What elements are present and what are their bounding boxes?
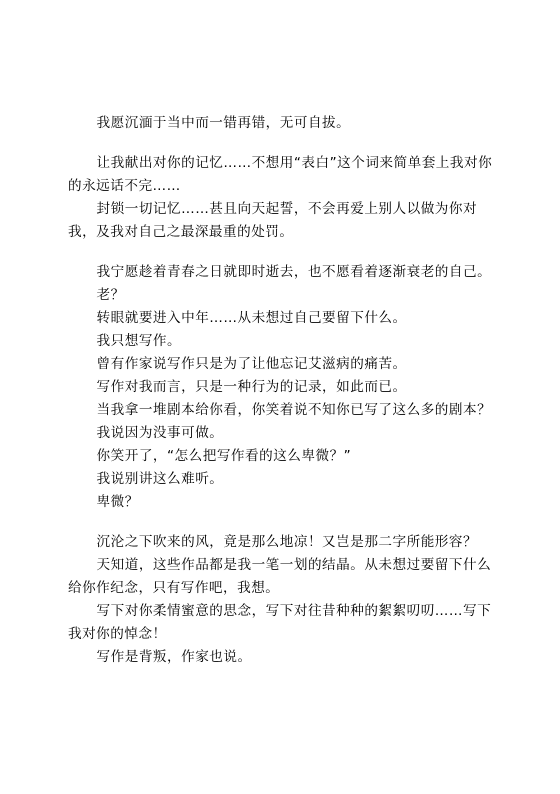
paragraph: 写下对你柔情蜜意的思念，写下对往昔种种的絮絮叨叨……写下我对你的悼念！ [68, 600, 496, 646]
document-page: 我愿沉湎于当中而一错再错，无可自拔。 让我献出对你的记忆……不想用“表白”这个词… [68, 112, 496, 669]
paragraph: 写作对我而言，只是一种行为的记录，如此而已。 [68, 376, 496, 399]
paragraph: 我只想写作。 [68, 330, 496, 353]
paragraph: 让我献出对你的记忆……不想用“表白”这个词来简单套上我对你的永远话不完…… [68, 152, 496, 198]
paragraph: 曾有作家说写作只是为了让他忘记艾滋病的痛苦。 [68, 353, 496, 376]
paragraph: 我说因为没事可做。 [68, 422, 496, 445]
paragraph: 我愿沉湎于当中而一错再错，无可自拔。 [68, 112, 496, 135]
paragraph: 转眼就要进入中年……从未想过自己要留下什么。 [68, 307, 496, 330]
section-2: 让我献出对你的记忆……不想用“表白”这个词来简单套上我对你的永远话不完…… 封锁… [68, 152, 496, 244]
section-1: 我愿沉湎于当中而一错再错，无可自拔。 [68, 112, 496, 135]
section-4: 沉沦之下吹来的风，竟是那么地凉！又岂是那二字所能形容？ 天知道，这些作品都是我一… [68, 531, 496, 669]
paragraph: 写作是背叛，作家也说。 [68, 646, 496, 669]
paragraph: 封锁一切记忆……甚且向天起誓，不会再爱上别人以做为你对我，及我对自己之最深最重的… [68, 198, 496, 244]
paragraph: 我说别讲这么难听。 [68, 468, 496, 491]
paragraph: 当我拿一堆剧本给你看，你笑着说不知你已写了这么多的剧本？ [68, 399, 496, 422]
paragraph: 你笑开了，“怎么把写作看的这么卑微？” [68, 445, 496, 468]
paragraph: 老？ [68, 284, 496, 307]
paragraph: 沉沦之下吹来的风，竟是那么地凉！又岂是那二字所能形容？ [68, 531, 496, 554]
paragraph: 天知道，这些作品都是我一笔一划的结晶。从未想过要留下什么给你作纪念，只有写作吧，… [68, 554, 496, 600]
paragraph: 卑微？ [68, 491, 496, 514]
section-3: 我宁愿趁着青春之日就即时逝去，也不愿看着逐渐衰老的自己。 老？ 转眼就要进入中年… [68, 261, 496, 514]
paragraph: 我宁愿趁着青春之日就即时逝去，也不愿看着逐渐衰老的自己。 [68, 261, 496, 284]
